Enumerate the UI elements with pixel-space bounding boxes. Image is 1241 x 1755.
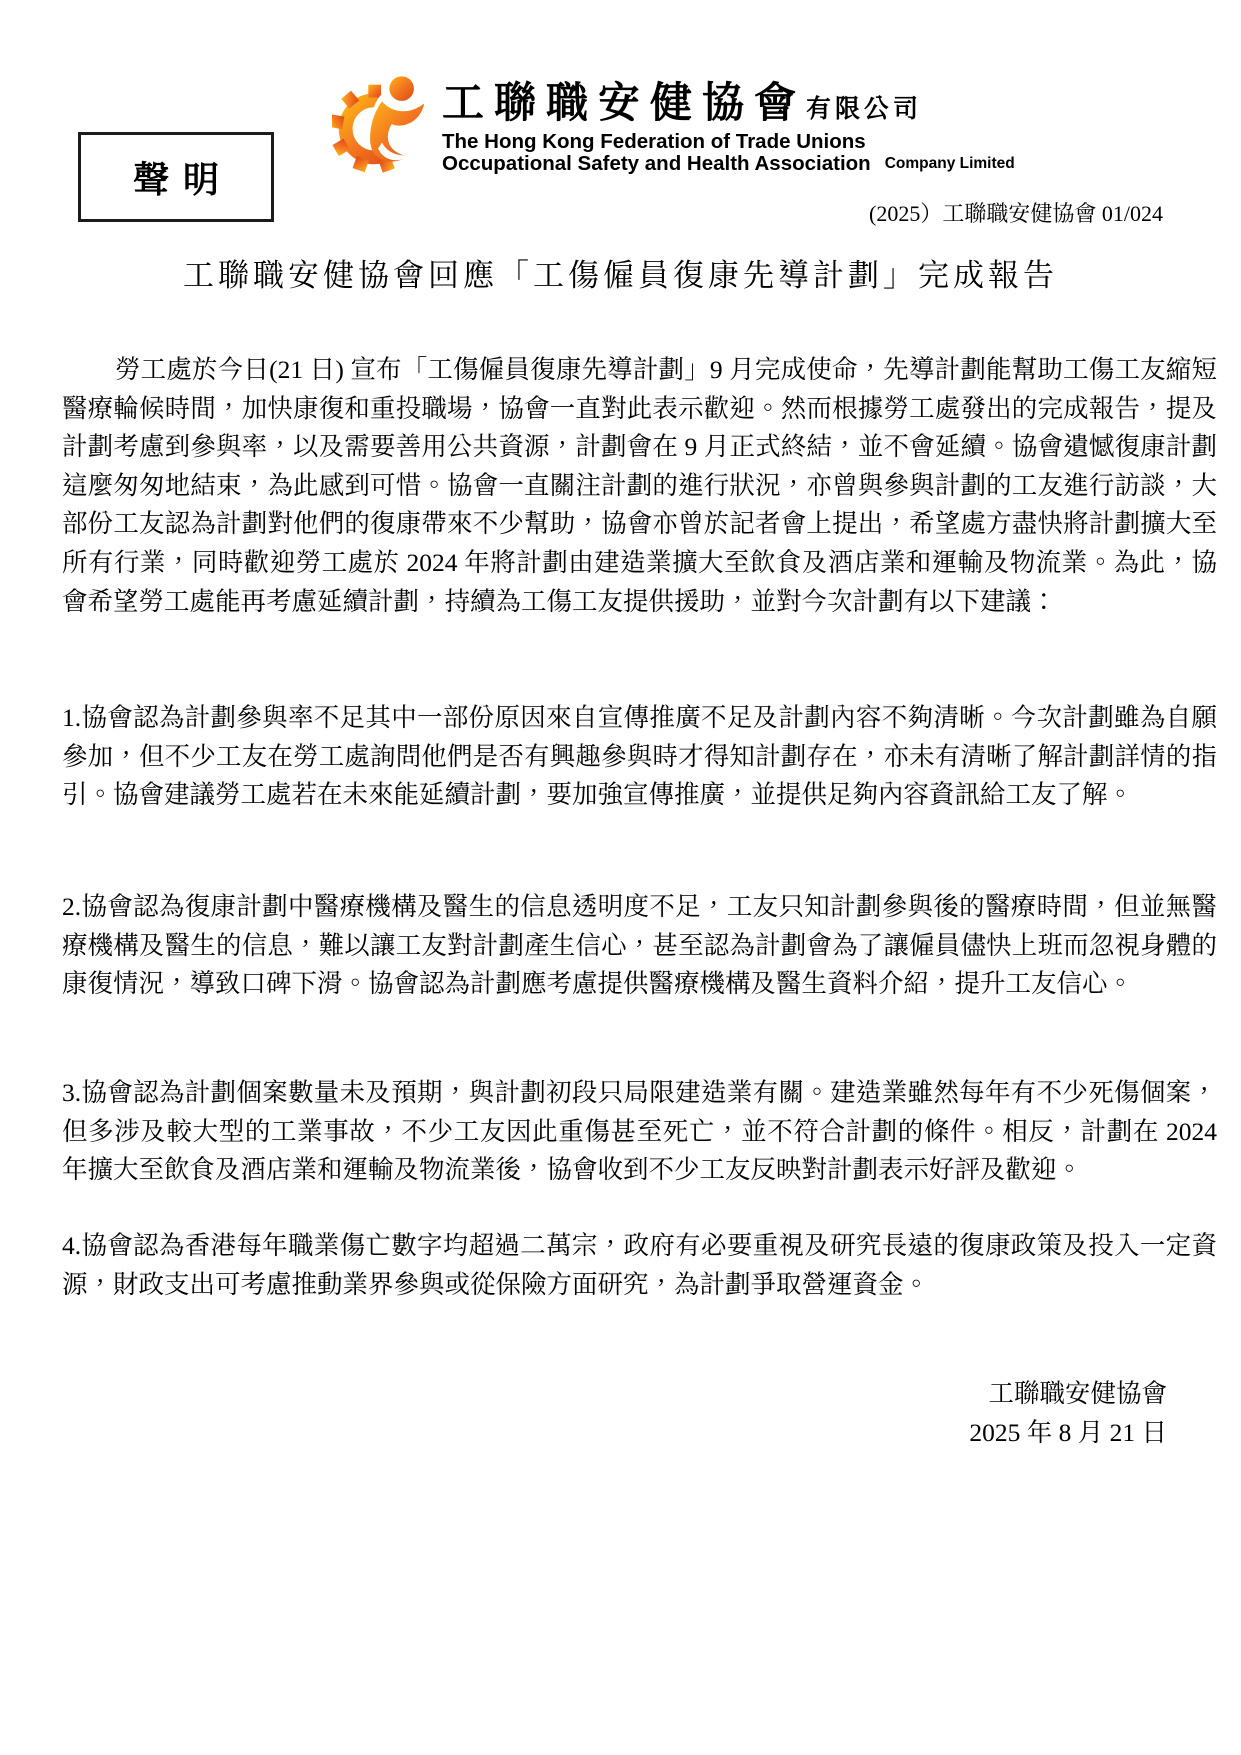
document-title: 工聯職安健協會回應「工傷僱員復康先導計劃」完成報告 bbox=[0, 250, 1241, 295]
org-name-en-line2: Occupational Safety and Health Associati… bbox=[442, 153, 871, 175]
recommendation-item-2: 2.協會認為復康計劃中醫療機構及醫生的信息透明度不足，工友只知計劃參與後的醫療時… bbox=[62, 888, 1217, 1004]
org-suffix-en: Company Limited bbox=[885, 155, 1015, 175]
statement-document-page: 聲明 bbox=[0, 0, 1241, 1755]
org-logo-text: 工聯職安健協會 有限公司 The Hong Kong Federation of… bbox=[442, 68, 1015, 175]
signature-date: 2025 年 8 月 21 日 bbox=[969, 1413, 1167, 1452]
gear-person-icon bbox=[332, 68, 432, 176]
recommendation-item-1: 1.協會認為計劃參與率不足其中一部份原因來自宣傳推廣不足及計劃內容不夠清晰。今次… bbox=[62, 699, 1217, 815]
org-suffix-zh: 有限公司 bbox=[806, 97, 922, 124]
signature-block: 工聯職安健協會 2025 年 8 月 21 日 bbox=[969, 1374, 1167, 1452]
statement-box: 聲明 bbox=[78, 132, 274, 222]
reference-number: (2025）工聯職安健協會 01/024 bbox=[869, 197, 1163, 228]
recommendation-item-3: 3.協會認為計劃個案數量未及預期，與計劃初段只局限建造業有關。建造業雖然每年有不… bbox=[62, 1074, 1217, 1190]
intro-paragraph: 勞工處於今日(21 日) 宣布「工傷僱員復康先導計劃」9 月完成使命，先導計劃能… bbox=[62, 351, 1217, 621]
statement-label: 聲明 bbox=[119, 152, 233, 203]
org-name-en-line1: The Hong Kong Federation of Trade Unions bbox=[442, 131, 1015, 153]
org-logo: 工聯職安健協會 有限公司 The Hong Kong Federation of… bbox=[332, 68, 1015, 176]
recommendation-item-4: 4.協會認為香港每年職業傷亡數字均超過二萬宗，政府有必要重視及研究長遠的復康政策… bbox=[62, 1227, 1217, 1304]
signature-org: 工聯職安健協會 bbox=[969, 1374, 1167, 1413]
org-name-zh: 工聯職安健協會 bbox=[442, 82, 806, 124]
